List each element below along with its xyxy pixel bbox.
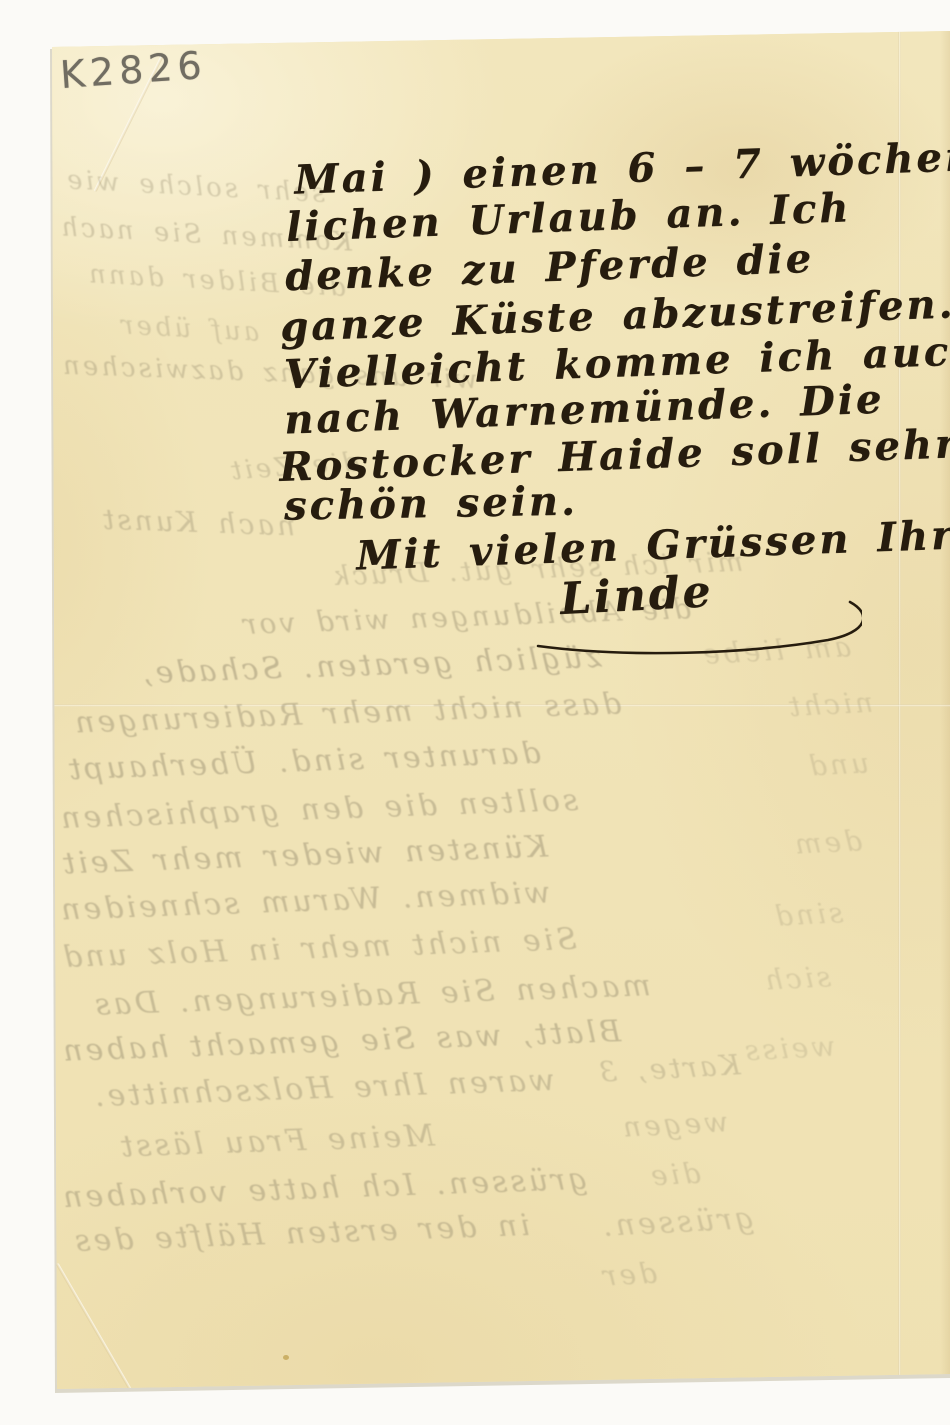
signature-flourish (532, 588, 862, 668)
bleed-through-line: wegen (619, 1105, 729, 1144)
bleed-through-line: Karte, 3 (595, 1048, 741, 1089)
bleed-through-line: der (599, 1257, 658, 1293)
archive-number: K2826 (59, 43, 208, 97)
bleed-through-line: Künsten wieder mehr Zeit (60, 829, 549, 881)
bleed-through-line: sind (771, 896, 844, 933)
bleed-through-line: sollten die den graphischen (58, 783, 579, 836)
bleed-through-line: sehr solche wie (63, 165, 326, 209)
bleed-through-line: in der ersten Hälfte des (72, 1208, 531, 1259)
bottom-left-corner-crease (56, 1263, 154, 1425)
bleed-through-line: dem (791, 824, 863, 861)
bleed-through-line: weiss (741, 1030, 836, 1068)
bleed-through-line: Meine Frau lässt (117, 1118, 435, 1164)
letter-scan: sehr solche wieKommen Sie nachdie Bilder… (0, 0, 950, 1425)
bleed-through-line: widmen. Warum schneiden (58, 875, 551, 927)
bleed-through-line: waren Ihre Holzschnitte. (92, 1063, 556, 1114)
bleed-through-line: grüssen. (599, 1201, 755, 1244)
bleed-through-line: machen Sie Radierungen. Das (92, 968, 652, 1022)
bleed-through-line: nicht (785, 686, 874, 724)
bleed-through-line: sich (761, 960, 832, 997)
bleed-through-line: auf über (117, 310, 260, 347)
bleed-through-line: Sie nicht mehr in Holz und (60, 922, 578, 975)
bleed-through-line: darunter sind. Überhaupt (66, 736, 542, 788)
letter-paper: sehr solche wieKommen Sie nachdie Bilder… (0, 0, 950, 1425)
bleed-through-line: die (647, 1157, 701, 1193)
ink-line: schön sein. (284, 477, 579, 529)
bleed-through-line: grüssen. Ich hatte vorhaben (60, 1162, 589, 1215)
paper-fleck (283, 1355, 289, 1360)
bleed-through-line: nach Kunst (99, 503, 295, 543)
bleed-through-line: Blatt, was Sie gemacht haben (60, 1014, 622, 1069)
bleed-through-line: und (805, 746, 870, 782)
bleed-through-line: dass nicht mehr Radierungen (72, 686, 622, 740)
